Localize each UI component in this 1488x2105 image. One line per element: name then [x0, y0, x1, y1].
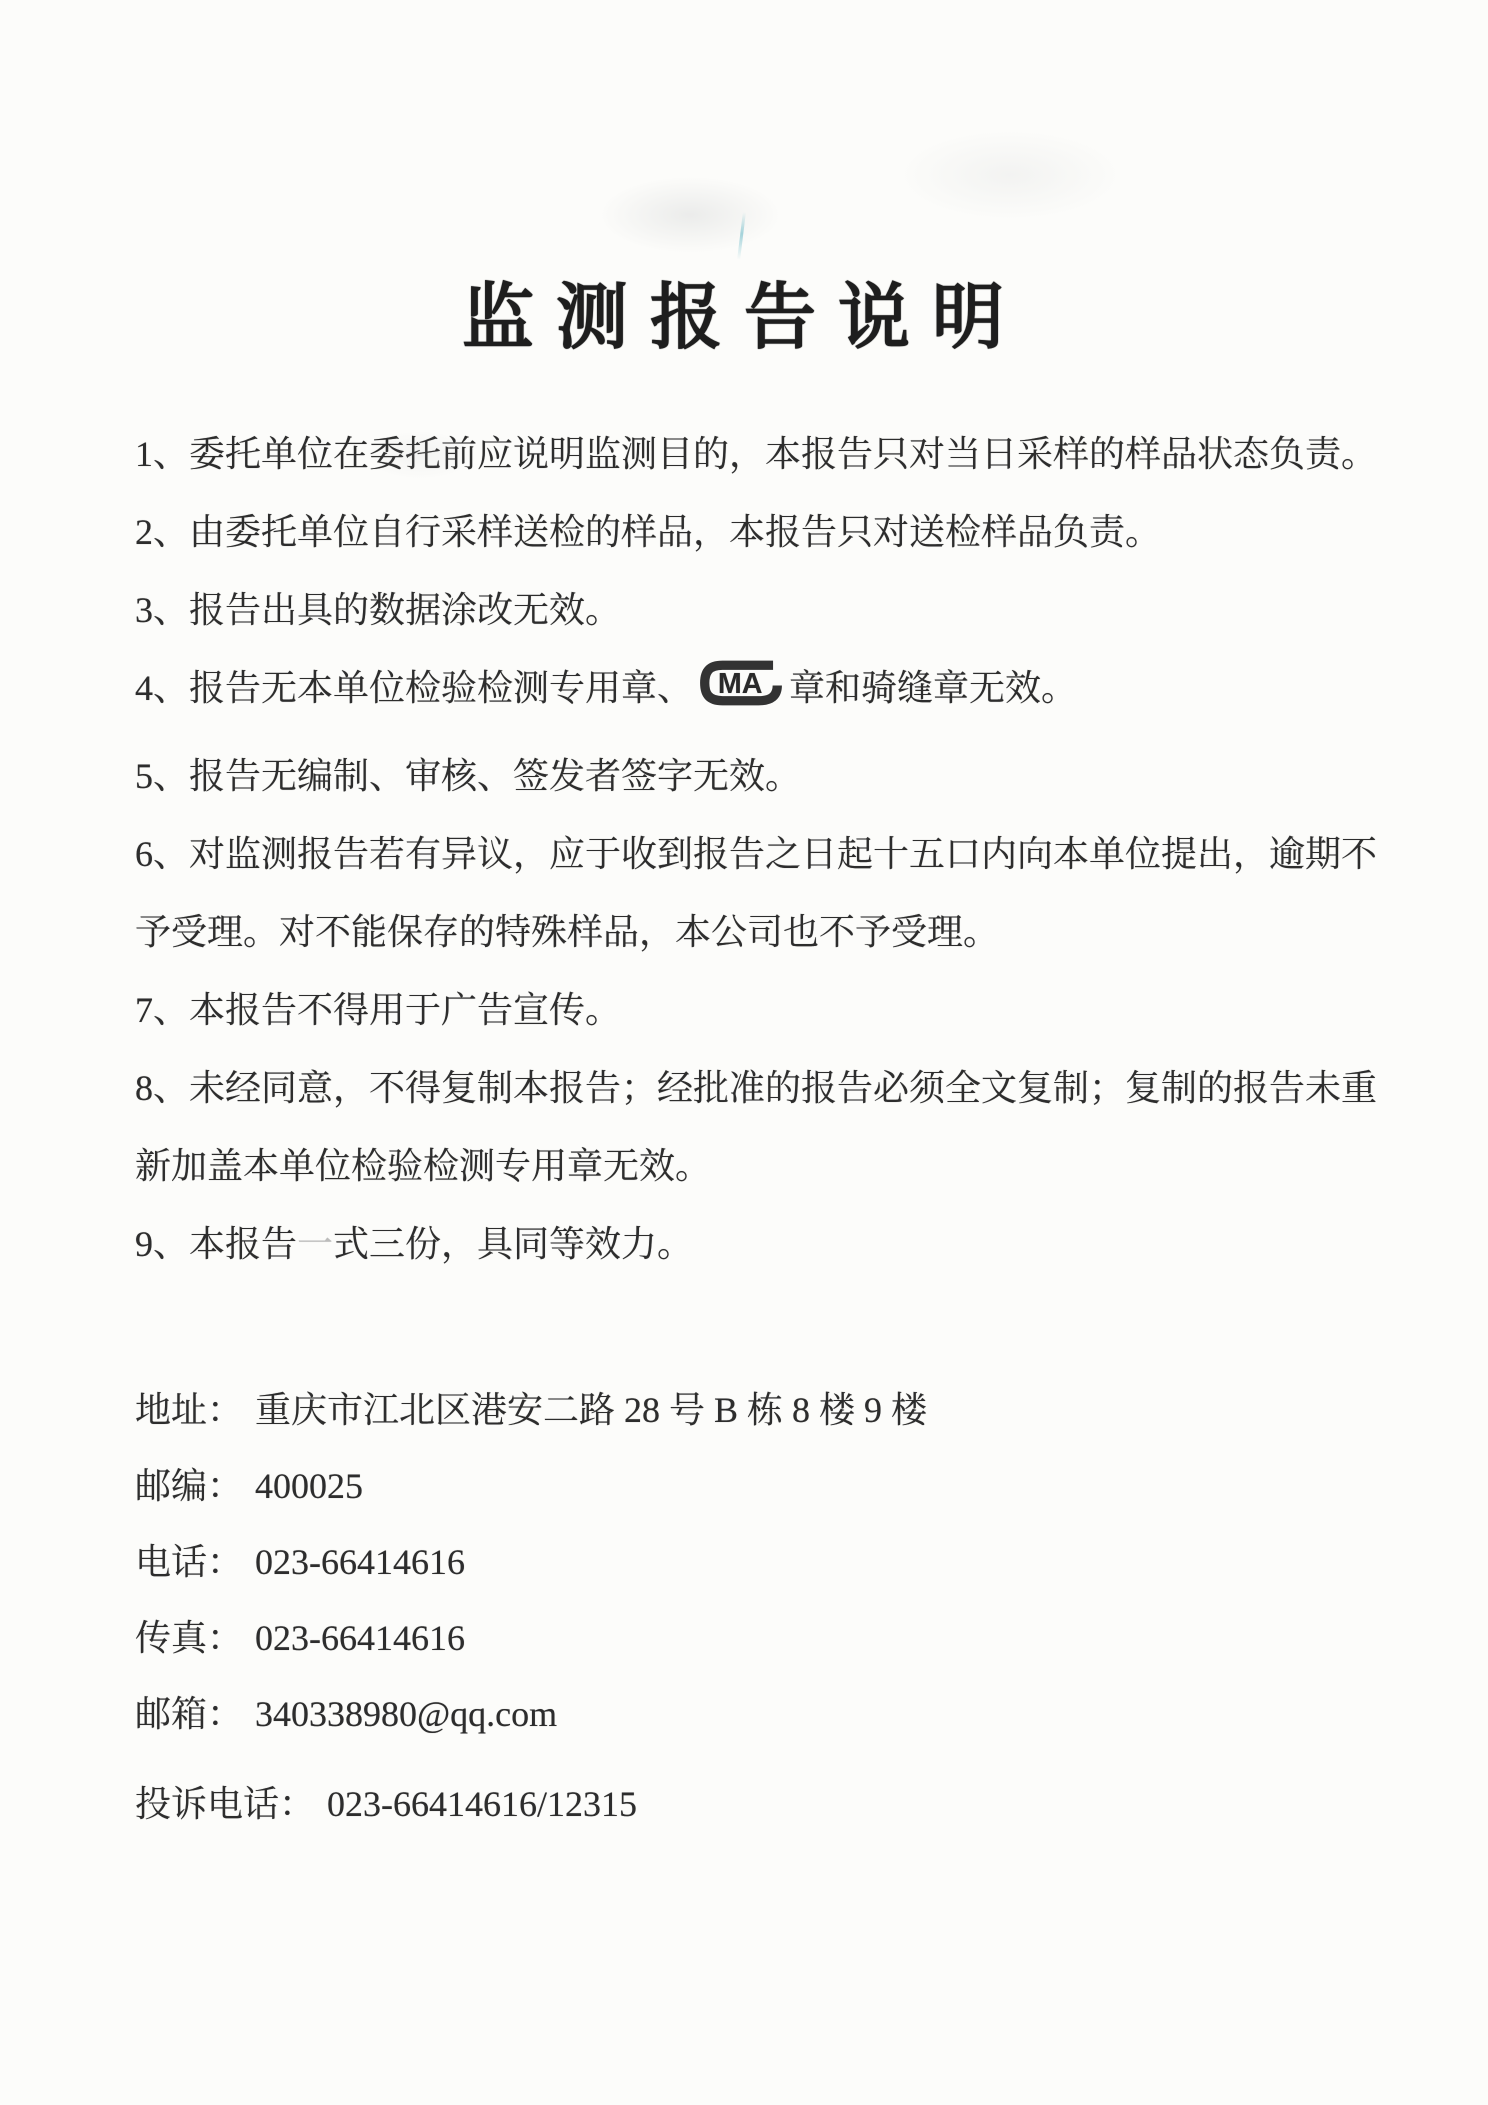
- list-item-2: 2、由委托单位自行采样送检的样品，本报告只对送检样品负责。: [135, 493, 1385, 571]
- list-item-1: 1、委托单位在委托前应说明监测目的，本报告只对当日采样的样品状态负责。: [135, 415, 1385, 493]
- list-item-9-text-pre: 9、本报告: [135, 1224, 297, 1264]
- phone-label: 电话：: [135, 1542, 243, 1582]
- list-item-9: 9、本报告一式三份，具同等效力。: [135, 1205, 1385, 1283]
- contact-row-phone: 电话：023-66414616: [135, 1524, 1488, 1600]
- scanned-document-page: 监测报告说明 1、委托单位在委托前应说明监测目的，本报告只对当日采样的样品状态负…: [0, 0, 1488, 2105]
- list-item-6-line-1: 6、对监测报告若有异议，应于收到报告之日起十五口内向本单位提出，逾期不: [135, 834, 1377, 874]
- email-label: 邮箱：: [135, 1694, 243, 1734]
- complaint-phone-label: 投诉电话：: [135, 1784, 315, 1824]
- list-item-7: 7、本报告不得用于广告宣传。: [135, 971, 1385, 1049]
- postcode-value: 400025: [255, 1466, 363, 1506]
- phone-value: 023-66414616: [255, 1542, 465, 1582]
- contact-row-email: 邮箱：340338980@qq.com: [135, 1676, 1488, 1752]
- list-item-9-text-post: 式三份，具同等效力。: [333, 1224, 693, 1264]
- list-item-4-text-pre: 4、报告无本单位检验检测专用章、: [135, 668, 693, 708]
- list-item-5: 5、报告无编制、审核、签发者签字无效。: [135, 737, 1385, 815]
- email-value: 340338980@qq.com: [255, 1694, 557, 1734]
- list-item-4-text-post: 章和骑缝章无效。: [789, 668, 1077, 708]
- list-item-6: 6、对监测报告若有异议，应于收到报告之日起十五口内向本单位提出，逾期不予受理。对…: [135, 815, 1385, 971]
- complaint-phone-value: 023-66414616/12315: [327, 1784, 637, 1824]
- page-title: 监测报告说明: [0, 276, 1488, 360]
- instruction-list: 1、委托单位在委托前应说明监测目的，本报告只对当日采样的样品状态负责。 2、由委…: [135, 415, 1385, 1283]
- address-value: 重庆市江北区港安二路 28 号 B 栋 8 楼 9 楼: [255, 1390, 927, 1430]
- list-item-9-faded-char: 一: [297, 1224, 333, 1264]
- scan-smudge: [850, 110, 1170, 240]
- list-item-3: 3、报告出具的数据涂改无效。: [135, 571, 1385, 649]
- list-item-8-line-2: 新加盖本单位检验检测专用章无效。: [135, 1146, 711, 1186]
- address-label: 地址：: [135, 1390, 243, 1430]
- cma-stamp-icon: MA: [697, 656, 785, 737]
- list-item-8: 8、未经同意，不得复制本报告；经批准的报告必须全文复制；复制的报告未重新加盖本单…: [135, 1049, 1385, 1205]
- contact-row-postcode: 邮编：400025: [135, 1448, 1488, 1524]
- scan-smudge: [560, 160, 820, 270]
- list-item-4: 4、报告无本单位检验检测专用章、 MA 章和骑缝章无效。: [135, 649, 1385, 737]
- fax-value: 023-66414616: [255, 1618, 465, 1658]
- postcode-label: 邮编：: [135, 1466, 243, 1506]
- cma-stamp-text: MA: [718, 668, 763, 700]
- contact-row-complaint-phone: 投诉电话：023-66414616/12315: [135, 1766, 1488, 1842]
- contact-row-address: 地址：重庆市江北区港安二路 28 号 B 栋 8 楼 9 楼: [135, 1372, 1488, 1448]
- scan-artifact-line: [737, 212, 746, 260]
- contact-row-fax: 传真：023-66414616: [135, 1600, 1488, 1676]
- contact-block: 地址：重庆市江北区港安二路 28 号 B 栋 8 楼 9 楼 邮编：400025…: [135, 1372, 1488, 1842]
- fax-label: 传真：: [135, 1618, 243, 1658]
- list-item-8-line-1: 8、未经同意，不得复制本报告；经批准的报告必须全文复制；复制的报告未重: [135, 1068, 1377, 1108]
- list-item-6-line-2: 予受理。对不能保存的特殊样品，本公司也不予受理。: [135, 912, 999, 952]
